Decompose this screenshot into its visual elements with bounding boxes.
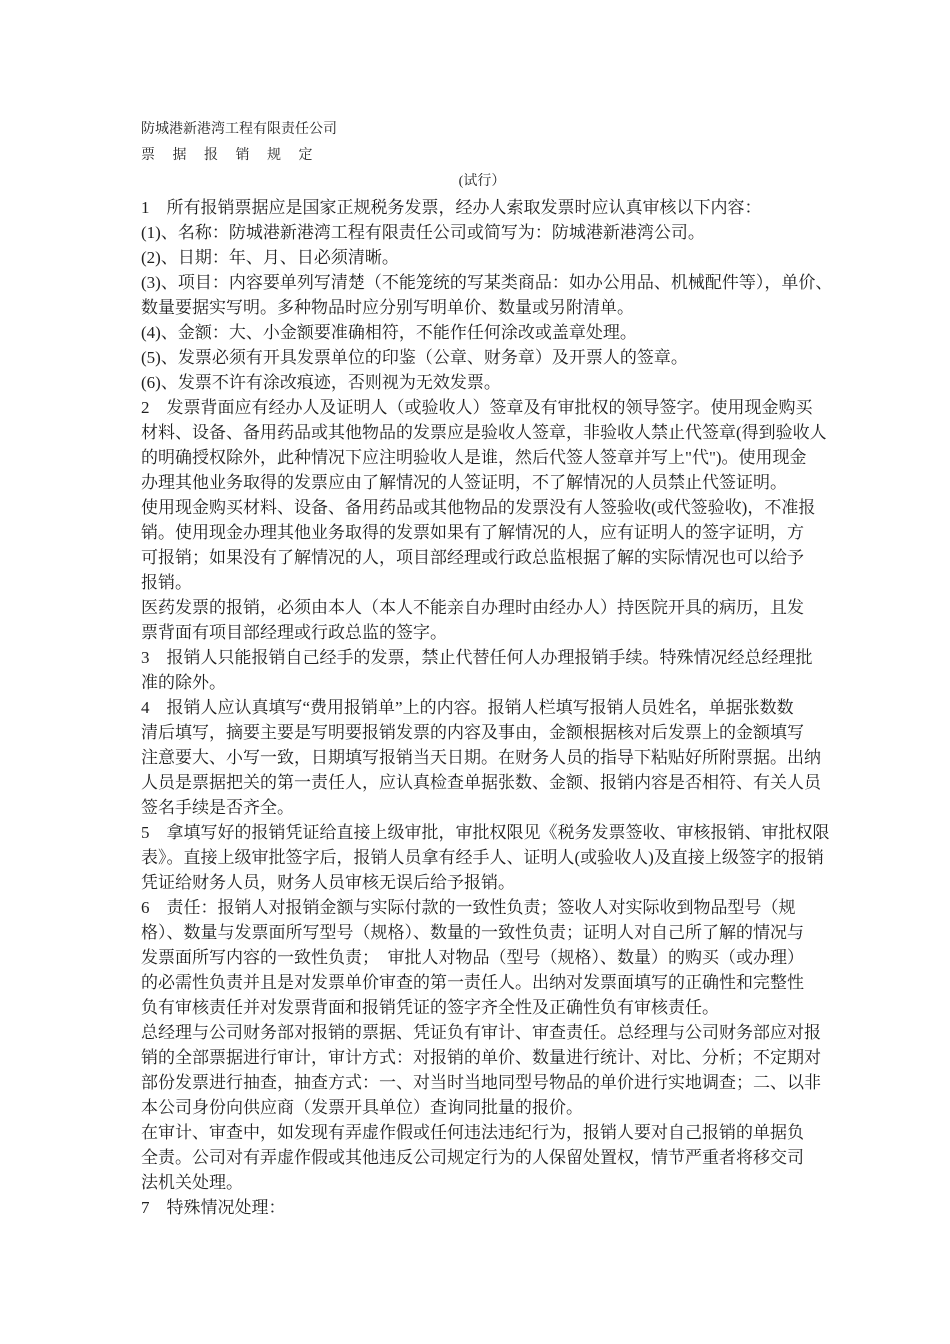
text-line: 销。使用现金办理其他业务取得的发票如果有了解情况的人，应有证明人的签字证明，方 — [141, 520, 823, 545]
text-line: 4 报销人应认真填写“费用报销单”上的内容。报销人栏填写报销人员姓名，单据张数数 — [141, 695, 823, 720]
document-title: 票 据 报 销 规 定 — [141, 143, 823, 169]
text-line: 部份发票进行抽查，抽查方式：一、对当时当地同型号物品的单价进行实地调查；二、以非 — [141, 1070, 823, 1095]
text-line: 本公司身份向供应商（发票开具单位）查询同批量的报价。 — [141, 1095, 823, 1120]
text-line: 办理其他业务取得的发票应由了解情况的人签证明，不了解情况的人员禁止代签证明。 — [141, 470, 823, 495]
text-line: 发票面所写内容的一致性负责； 审批人对物品（型号（规格）、数量）的购买（或办理） — [141, 945, 823, 970]
text-line: 表》。直接上级审批签字后，报销人员拿有经手人、证明人(或验收人)及直接上级签字的… — [141, 845, 823, 870]
text-line: (3)、项目：内容要单列写清楚（不能笼统的写某类商品：如办公用品、机械配件等），… — [141, 270, 823, 295]
text-line: (6)、发票不许有涂改痕迹，否则视为无效发票。 — [141, 370, 823, 395]
text-line: (4)、金额：大、小金额要准确相符，不能作任何涂改或盖章处理。 — [141, 320, 823, 345]
text-line: 负有审核责任并对发票背面和报销凭证的签字齐全性及正确性负有审核责任。 — [141, 995, 823, 1020]
company-title: 防城港新港湾工程有限责任公司 — [141, 117, 823, 143]
text-line: 可报销；如果没有了解情况的人，项目部经理或行政总监根据了解的实际情况也可以给予 — [141, 545, 823, 570]
text-line: 的明确授权除外，此种情况下应注明验收人是谁，然后代签人签章并写上"代")。使用现… — [141, 445, 823, 470]
text-line: 总经理与公司财务部对报销的票据、凭证负有审计、审查责任。总经理与公司财务部应对报 — [141, 1020, 823, 1045]
text-line: 7 特殊情况处理： — [141, 1195, 823, 1220]
text-line: 医药发票的报销，必须由本人（本人不能亲自办理时由经办人）持医院开具的病历，且发 — [141, 595, 823, 620]
text-line: 法机关处理。 — [141, 1170, 823, 1195]
text-line: (5)、发票必须有开具发票单位的印鉴（公章、财务章）及开票人的签章。 — [141, 345, 823, 370]
text-line: 准的除外。 — [141, 670, 823, 695]
text-line: 1 所有报销票据应是国家正规税务发票，经办人索取发票时应认真审核以下内容： — [141, 195, 823, 220]
text-line: 注意要大、小写一致，日期填写报销当天日期。在财务人员的指导下粘贴好所附票据。出纳 — [141, 745, 823, 770]
text-line: (1)、名称：防城港新港湾工程有限责任公司或简写为：防城港新港湾公司。 — [141, 220, 823, 245]
text-line: 6 责任：报销人对报销金额与实际付款的一致性负责；签收人对实际收到物品型号（规 — [141, 895, 823, 920]
text-line: 5 拿填写好的报销凭证给直接上级审批，审批权限见《税务发票签收、审核报销、审批权… — [141, 820, 823, 845]
text-line: 2 发票背面应有经办人及证明人（或验收人）签章及有审批权的领导签字。使用现金购买 — [141, 395, 823, 420]
text-line: 报销。 — [141, 570, 823, 595]
text-line: 凭证给财务人员，财务人员审核无误后给予报销。 — [141, 870, 823, 895]
text-line: 格）、数量与发票面所写型号（规格）、数量的一致性负责；证明人对自己所了解的情况与 — [141, 920, 823, 945]
text-line: 3 报销人只能报销自己经手的发票，禁止代替任何人办理报销手续。特殊情况经总经理批 — [141, 645, 823, 670]
text-line: 在审计、审查中，如发现有弄虚作假或任何违法违纪行为，报销人要对自己报销的单据负 — [141, 1120, 823, 1145]
document-page: 防城港新港湾工程有限责任公司 票 据 报 销 规 定 (试行） 1 所有报销票据… — [0, 0, 950, 1344]
text-line: 全责。公司对有弄虚作假或其他违反公司规定行为的人保留处置权，情节严重者将移交司 — [141, 1145, 823, 1170]
document-subtitle: (试行） — [141, 169, 823, 195]
text-line: 签名手续是否齐全。 — [141, 795, 823, 820]
document-body: 1 所有报销票据应是国家正规税务发票，经办人索取发票时应认真审核以下内容：(1)… — [141, 195, 823, 1220]
text-line: 材料、设备、备用药品或其他物品的发票应是验收人签章，非验收人禁止代签章(得到验收… — [141, 420, 823, 445]
text-line: 的必需性负责并且是对发票单价审查的第一责任人。出纳对发票面填写的正确性和完整性 — [141, 970, 823, 995]
text-line: 票背面有项目部经理或行政总监的签字。 — [141, 620, 823, 645]
text-line: 清后填写，摘要主要是写明要报销发票的内容及事由，金额根据核对后发票上的金额填写 — [141, 720, 823, 745]
text-line: 销的全部票据进行审计，审计方式：对报销的单价、数量进行统计、对比、分析；不定期对 — [141, 1045, 823, 1070]
text-line: 人员是票据把关的第一责任人，应认真检查单据张数、金额、报销内容是否相符、有关人员 — [141, 770, 823, 795]
text-line: 数量要据实写明。多种物品时应分别写明单价、数量或另附清单。 — [141, 295, 823, 320]
document-content: 防城港新港湾工程有限责任公司 票 据 报 销 规 定 (试行） 1 所有报销票据… — [141, 117, 823, 1220]
text-line: 使用现金购买材料、设备、备用药品或其他物品的发票没有人签验收(或代签验收)，不准… — [141, 495, 823, 520]
text-line: (2)、日期：年、月、日必须清晰。 — [141, 245, 823, 270]
